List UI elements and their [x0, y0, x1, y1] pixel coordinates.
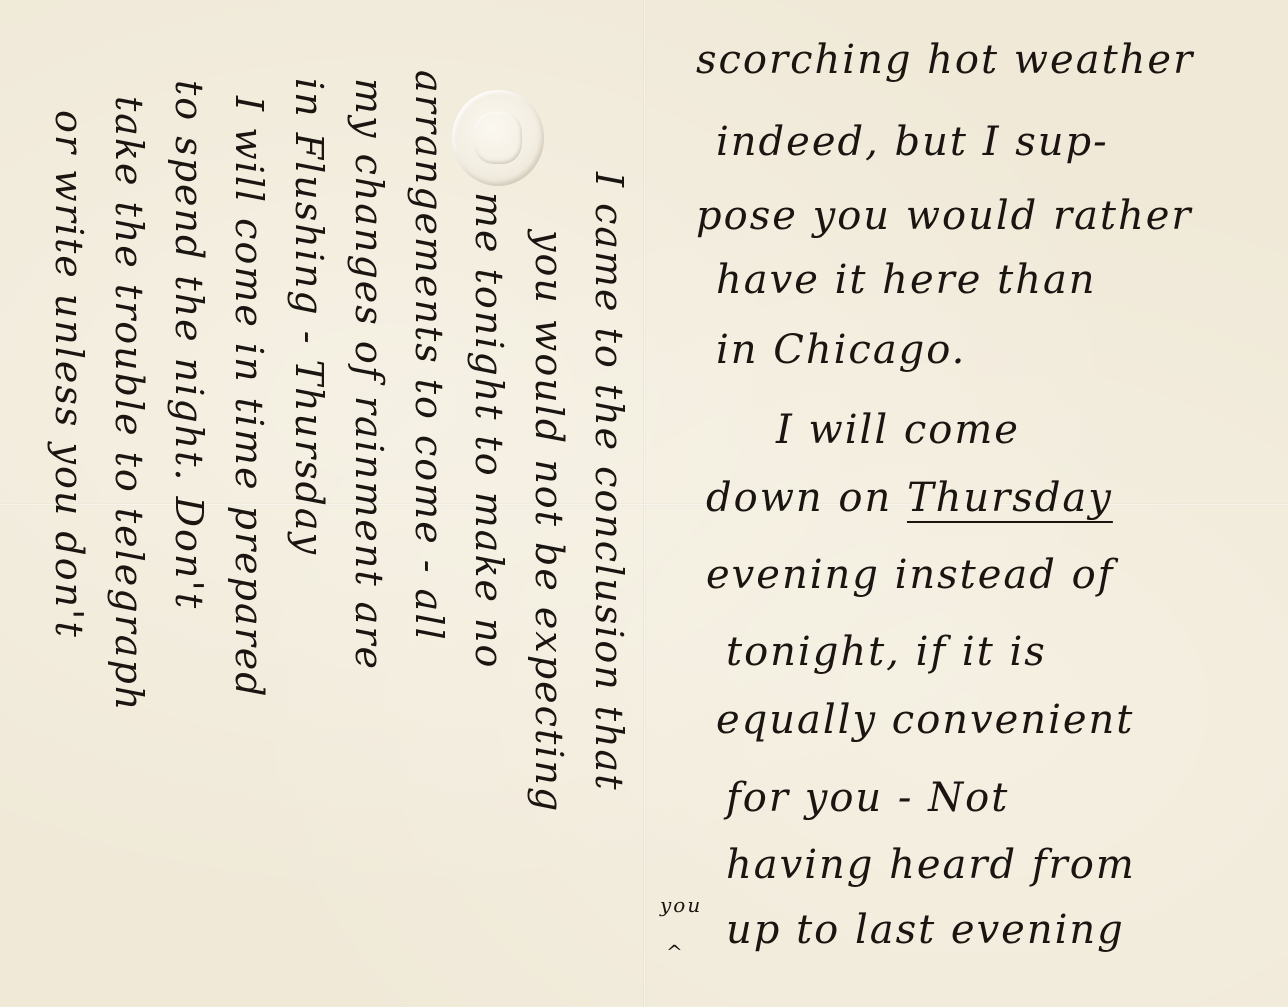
- letter-sheet: I came to the conclusion that you would …: [0, 0, 1288, 1007]
- right-page: scorching hot weather indeed, but I sup-…: [646, 0, 1288, 1007]
- right-line-13: up to last evening: [726, 910, 1125, 950]
- left-page: I came to the conclusion that you would …: [0, 0, 643, 1007]
- left-column-7: I will come in time prepared: [230, 96, 268, 699]
- left-column-3: me tonight to make no: [470, 192, 508, 669]
- caret-mark: ^: [666, 940, 685, 964]
- left-column-4: arrangements to come - all: [410, 70, 448, 642]
- right-line-1: scorching hot weather: [696, 40, 1194, 80]
- right-line-6: I will come: [776, 410, 1020, 450]
- right-line-10: equally convenient: [716, 700, 1134, 740]
- right-line-7-text: down on Thursday: [706, 475, 1113, 521]
- embossed-seal-icon: [452, 90, 544, 186]
- left-column-8: to spend the night. Don't: [170, 80, 208, 610]
- right-line-9: tonight, if it is: [726, 632, 1047, 672]
- right-line-12: having heard from: [726, 845, 1136, 885]
- right-line-3: pose you would rather: [696, 196, 1193, 236]
- underlined-word: Thursday: [907, 475, 1113, 521]
- right-line-11: for you - Not: [726, 778, 1009, 818]
- left-column-2: you would not be expecting: [530, 230, 568, 813]
- left-column-10: or write unless you don't: [50, 110, 88, 639]
- right-line-2: indeed, but I sup-: [716, 122, 1109, 162]
- right-line-5: in Chicago.: [716, 330, 966, 370]
- caret-insertion-word: you: [660, 893, 702, 917]
- right-line-4: have it here than: [716, 260, 1097, 300]
- right-line-7: down on Thursday: [706, 478, 1113, 518]
- left-column-6: in Flushing - Thursday: [290, 78, 328, 556]
- left-column-5: my changes of rainment are: [350, 78, 388, 671]
- left-column-1: I came to the conclusion that: [590, 172, 628, 791]
- right-line-8: evening instead of: [706, 555, 1114, 595]
- left-column-9: take the trouble to telegraph: [110, 96, 148, 712]
